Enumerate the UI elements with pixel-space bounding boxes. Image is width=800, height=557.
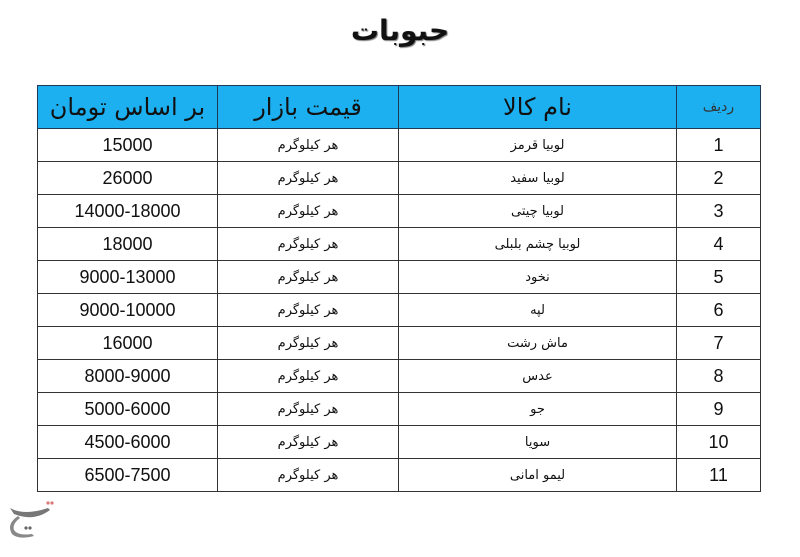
item-name-cell: لوبیا چشم بلبلی xyxy=(399,228,677,261)
price-cell: 8000-9000 xyxy=(38,360,218,393)
unit-cell: هر کیلوگرم xyxy=(218,162,399,195)
table-row: 9جوهر کیلوگرم5000-6000 xyxy=(38,393,761,426)
header-row-number: ردیف xyxy=(677,86,761,129)
unit-cell: هر کیلوگرم xyxy=(218,327,399,360)
table-row: 11لیمو امانیهر کیلوگرم6500-7500 xyxy=(38,459,761,492)
row-number-cell: 11 xyxy=(677,459,761,492)
item-name-cell: جو xyxy=(399,393,677,426)
price-cell: 5000-6000 xyxy=(38,393,218,426)
price-cell: 9000-10000 xyxy=(38,294,218,327)
item-name-cell: لپه xyxy=(399,294,677,327)
item-name-cell: لوبیا قرمز xyxy=(399,129,677,162)
page-title: حبوبات xyxy=(0,14,800,47)
unit-cell: هر کیلوگرم xyxy=(218,261,399,294)
item-name-cell: لوبیا سفید xyxy=(399,162,677,195)
table-row: 3لوبیا چیتیهر کیلوگرم14000-18000 xyxy=(38,195,761,228)
table-row: 5نخودهر کیلوگرم9000-13000 xyxy=(38,261,761,294)
row-number-cell: 9 xyxy=(677,393,761,426)
row-number-cell: 2 xyxy=(677,162,761,195)
row-number-cell: 3 xyxy=(677,195,761,228)
table-row: 1لوبیا قرمزهر کیلوگرم15000 xyxy=(38,129,761,162)
unit-cell: هر کیلوگرم xyxy=(218,393,399,426)
unit-cell: هر کیلوگرم xyxy=(218,360,399,393)
row-number-cell: 7 xyxy=(677,327,761,360)
row-number-cell: 4 xyxy=(677,228,761,261)
item-name-cell: لوبیا چیتی xyxy=(399,195,677,228)
unit-cell: هر کیلوگرم xyxy=(218,228,399,261)
price-cell: 14000-18000 xyxy=(38,195,218,228)
unit-cell: هر کیلوگرم xyxy=(218,294,399,327)
table-row: 4لوبیا چشم بلبلیهر کیلوگرم18000 xyxy=(38,228,761,261)
row-number-cell: 5 xyxy=(677,261,761,294)
row-number-cell: 1 xyxy=(677,129,761,162)
price-cell: 9000-13000 xyxy=(38,261,218,294)
row-number-cell: 10 xyxy=(677,426,761,459)
item-name-cell: سویا xyxy=(399,426,677,459)
table-row: 2لوبیا سفیدهر کیلوگرم26000 xyxy=(38,162,761,195)
item-name-cell: ماش رشت xyxy=(399,327,677,360)
price-cell: 4500-6000 xyxy=(38,426,218,459)
unit-cell: هر کیلوگرم xyxy=(218,195,399,228)
price-cell: 26000 xyxy=(38,162,218,195)
item-name-cell: نخود xyxy=(399,261,677,294)
table-row: 6لپههر کیلوگرم9000-10000 xyxy=(38,294,761,327)
table-header-row: ردیف نام کالا قیمت بازار بر اساس تومان xyxy=(38,86,761,129)
price-cell: 15000 xyxy=(38,129,218,162)
price-cell: 6500-7500 xyxy=(38,459,218,492)
header-market-price: قیمت بازار xyxy=(218,86,399,129)
row-number-cell: 6 xyxy=(677,294,761,327)
table-row: 7ماش رشتهر کیلوگرم16000 xyxy=(38,327,761,360)
table-row: 8عدسهر کیلوگرم8000-9000 xyxy=(38,360,761,393)
price-cell: 16000 xyxy=(38,327,218,360)
header-item-name: نام کالا xyxy=(399,86,677,129)
item-name-cell: لیمو امانی xyxy=(399,459,677,492)
table-row: 10سویاهر کیلوگرم4500-6000 xyxy=(38,426,761,459)
price-cell: 18000 xyxy=(38,228,218,261)
header-price-toman: بر اساس تومان xyxy=(38,86,218,129)
unit-cell: هر کیلوگرم xyxy=(218,129,399,162)
price-table: ردیف نام کالا قیمت بازار بر اساس تومان 1… xyxy=(37,85,761,492)
row-number-cell: 8 xyxy=(677,360,761,393)
tasnim-logo-icon xyxy=(4,500,54,540)
item-name-cell: عدس xyxy=(399,360,677,393)
unit-cell: هر کیلوگرم xyxy=(218,459,399,492)
unit-cell: هر کیلوگرم xyxy=(218,426,399,459)
